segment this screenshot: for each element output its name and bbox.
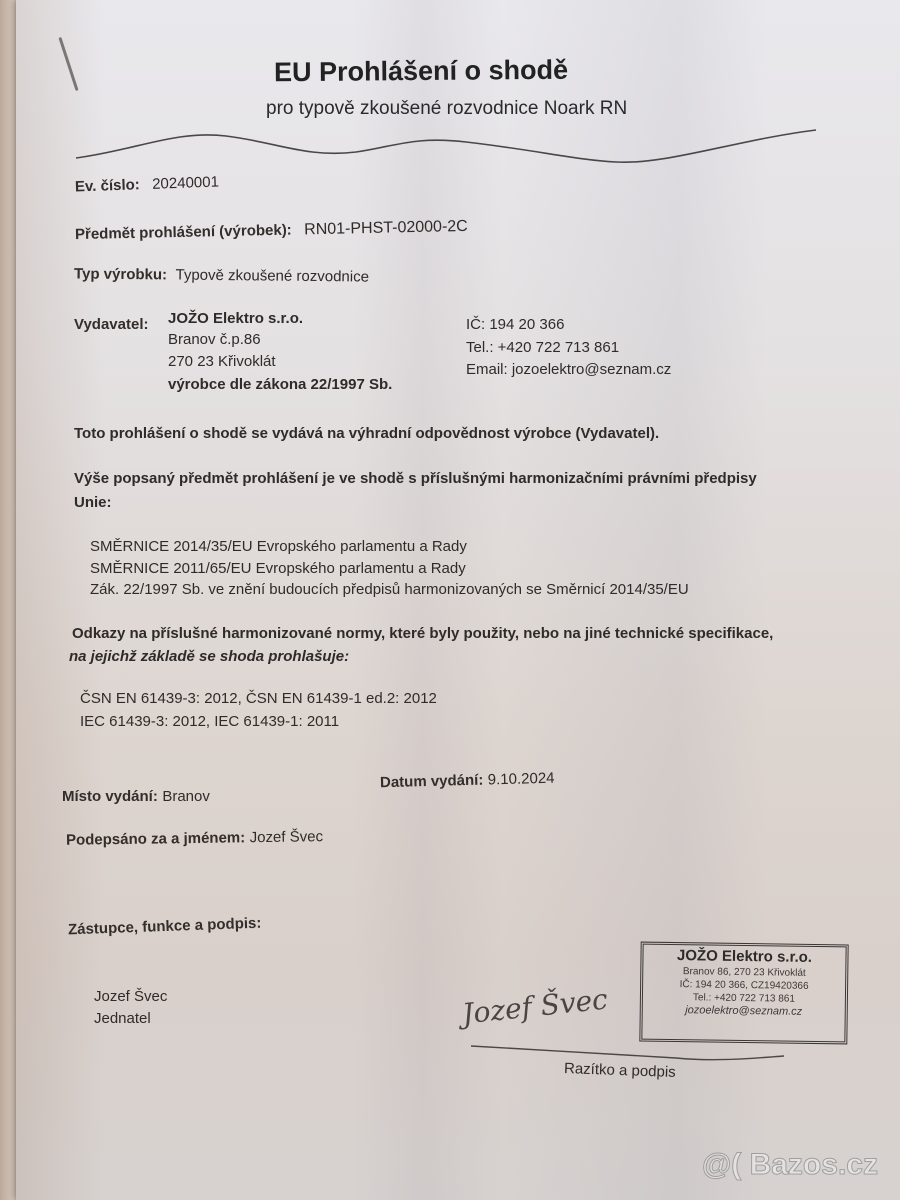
conformity-statement-line2: Unie: — [74, 494, 112, 511]
standard-item: IEC 61439-3: 2012, IEC 61439-1: 2011 — [80, 713, 339, 730]
bazos-watermark: @( Bazos.cz — [702, 1148, 878, 1182]
issuer-name: JOŽO Elektro s.r.o. — [168, 310, 303, 327]
ev-cislo-label: Ev. číslo: — [75, 176, 140, 195]
date-value: 9.10.2024 — [488, 770, 555, 789]
signed-by-row: Podepsáno za a jménem: Jozef Švec — [66, 828, 323, 850]
directive-item: Zák. 22/1997 Sb. ve znění budoucích před… — [90, 581, 689, 598]
directive-item: SMĚRNICE 2011/65/EU Evropského parlament… — [90, 560, 466, 577]
document-page: EU Prohlášení o shodě pro typově zkoušen… — [16, 0, 900, 1200]
representative-role: Jednatel — [94, 1010, 151, 1027]
stamp-email: jozoelektro@seznam.cz — [643, 1004, 845, 1020]
issuer-note: výrobce dle zákona 22/1997 Sb. — [168, 376, 392, 393]
standards-intro-line1: Odkazy na příslušné harmonizované normy,… — [72, 625, 773, 642]
document-title: EU Prohlášení o shodě — [274, 55, 568, 89]
document-subtitle: pro typově zkoušené rozvodnice Noark RN — [266, 98, 627, 120]
issuer-ic: IČ: 194 20 366 — [466, 316, 564, 333]
typ-label: Typ výrobku: — [74, 265, 167, 283]
standard-item: ČSN EN 61439-3: 2012, ČSN EN 61439-1 ed.… — [80, 690, 437, 707]
issuer-label: Vydavatel: — [74, 316, 148, 333]
issuer-address-1: Branov č.p.86 — [168, 331, 261, 348]
signed-by-label: Podepsáno za a jménem: — [66, 829, 245, 849]
date-label: Datum vydání: — [380, 772, 484, 792]
issuer-tel: Tel.: +420 722 713 861 — [466, 339, 619, 356]
responsibility-statement: Toto prohlášení o shodě se vydává na výh… — [74, 425, 659, 442]
stamp-company-name: JOŽO Elektro s.r.o. — [643, 949, 845, 965]
conformity-statement-line1: Výše popsaný předmět prohlášení je ve sh… — [74, 470, 757, 487]
place-row: Místo vydání: Branov — [62, 788, 210, 806]
company-stamp: JOŽO Elektro s.r.o. Branov 86, 270 23 Kř… — [639, 942, 848, 1045]
place-value: Branov — [162, 788, 210, 805]
place-label: Místo vydání: — [62, 788, 158, 805]
predmet-value: RN01-PHST-02000-2C — [304, 218, 468, 238]
issuer-email: Email: jozoelektro@seznam.cz — [466, 361, 671, 378]
directive-item: SMĚRNICE 2014/35/EU Evropského parlament… — [90, 538, 467, 555]
standards-intro-line2: na jejichž základě se shoda prohlašuje: — [69, 648, 349, 665]
representative-name: Jozef Švec — [94, 988, 167, 1005]
typ-row: Typ výrobku: Typově zkoušené rozvodnice — [74, 265, 369, 286]
typ-value: Typově zkoušené rozvodnice — [175, 267, 369, 286]
issuer-address-2: 270 23 Křivoklát — [168, 353, 276, 370]
predmet-label: Předmět prohlášení (výrobek): — [75, 222, 292, 244]
ev-cislo-value: 20240001 — [152, 173, 219, 192]
signed-by-value: Jozef Švec — [250, 828, 324, 846]
